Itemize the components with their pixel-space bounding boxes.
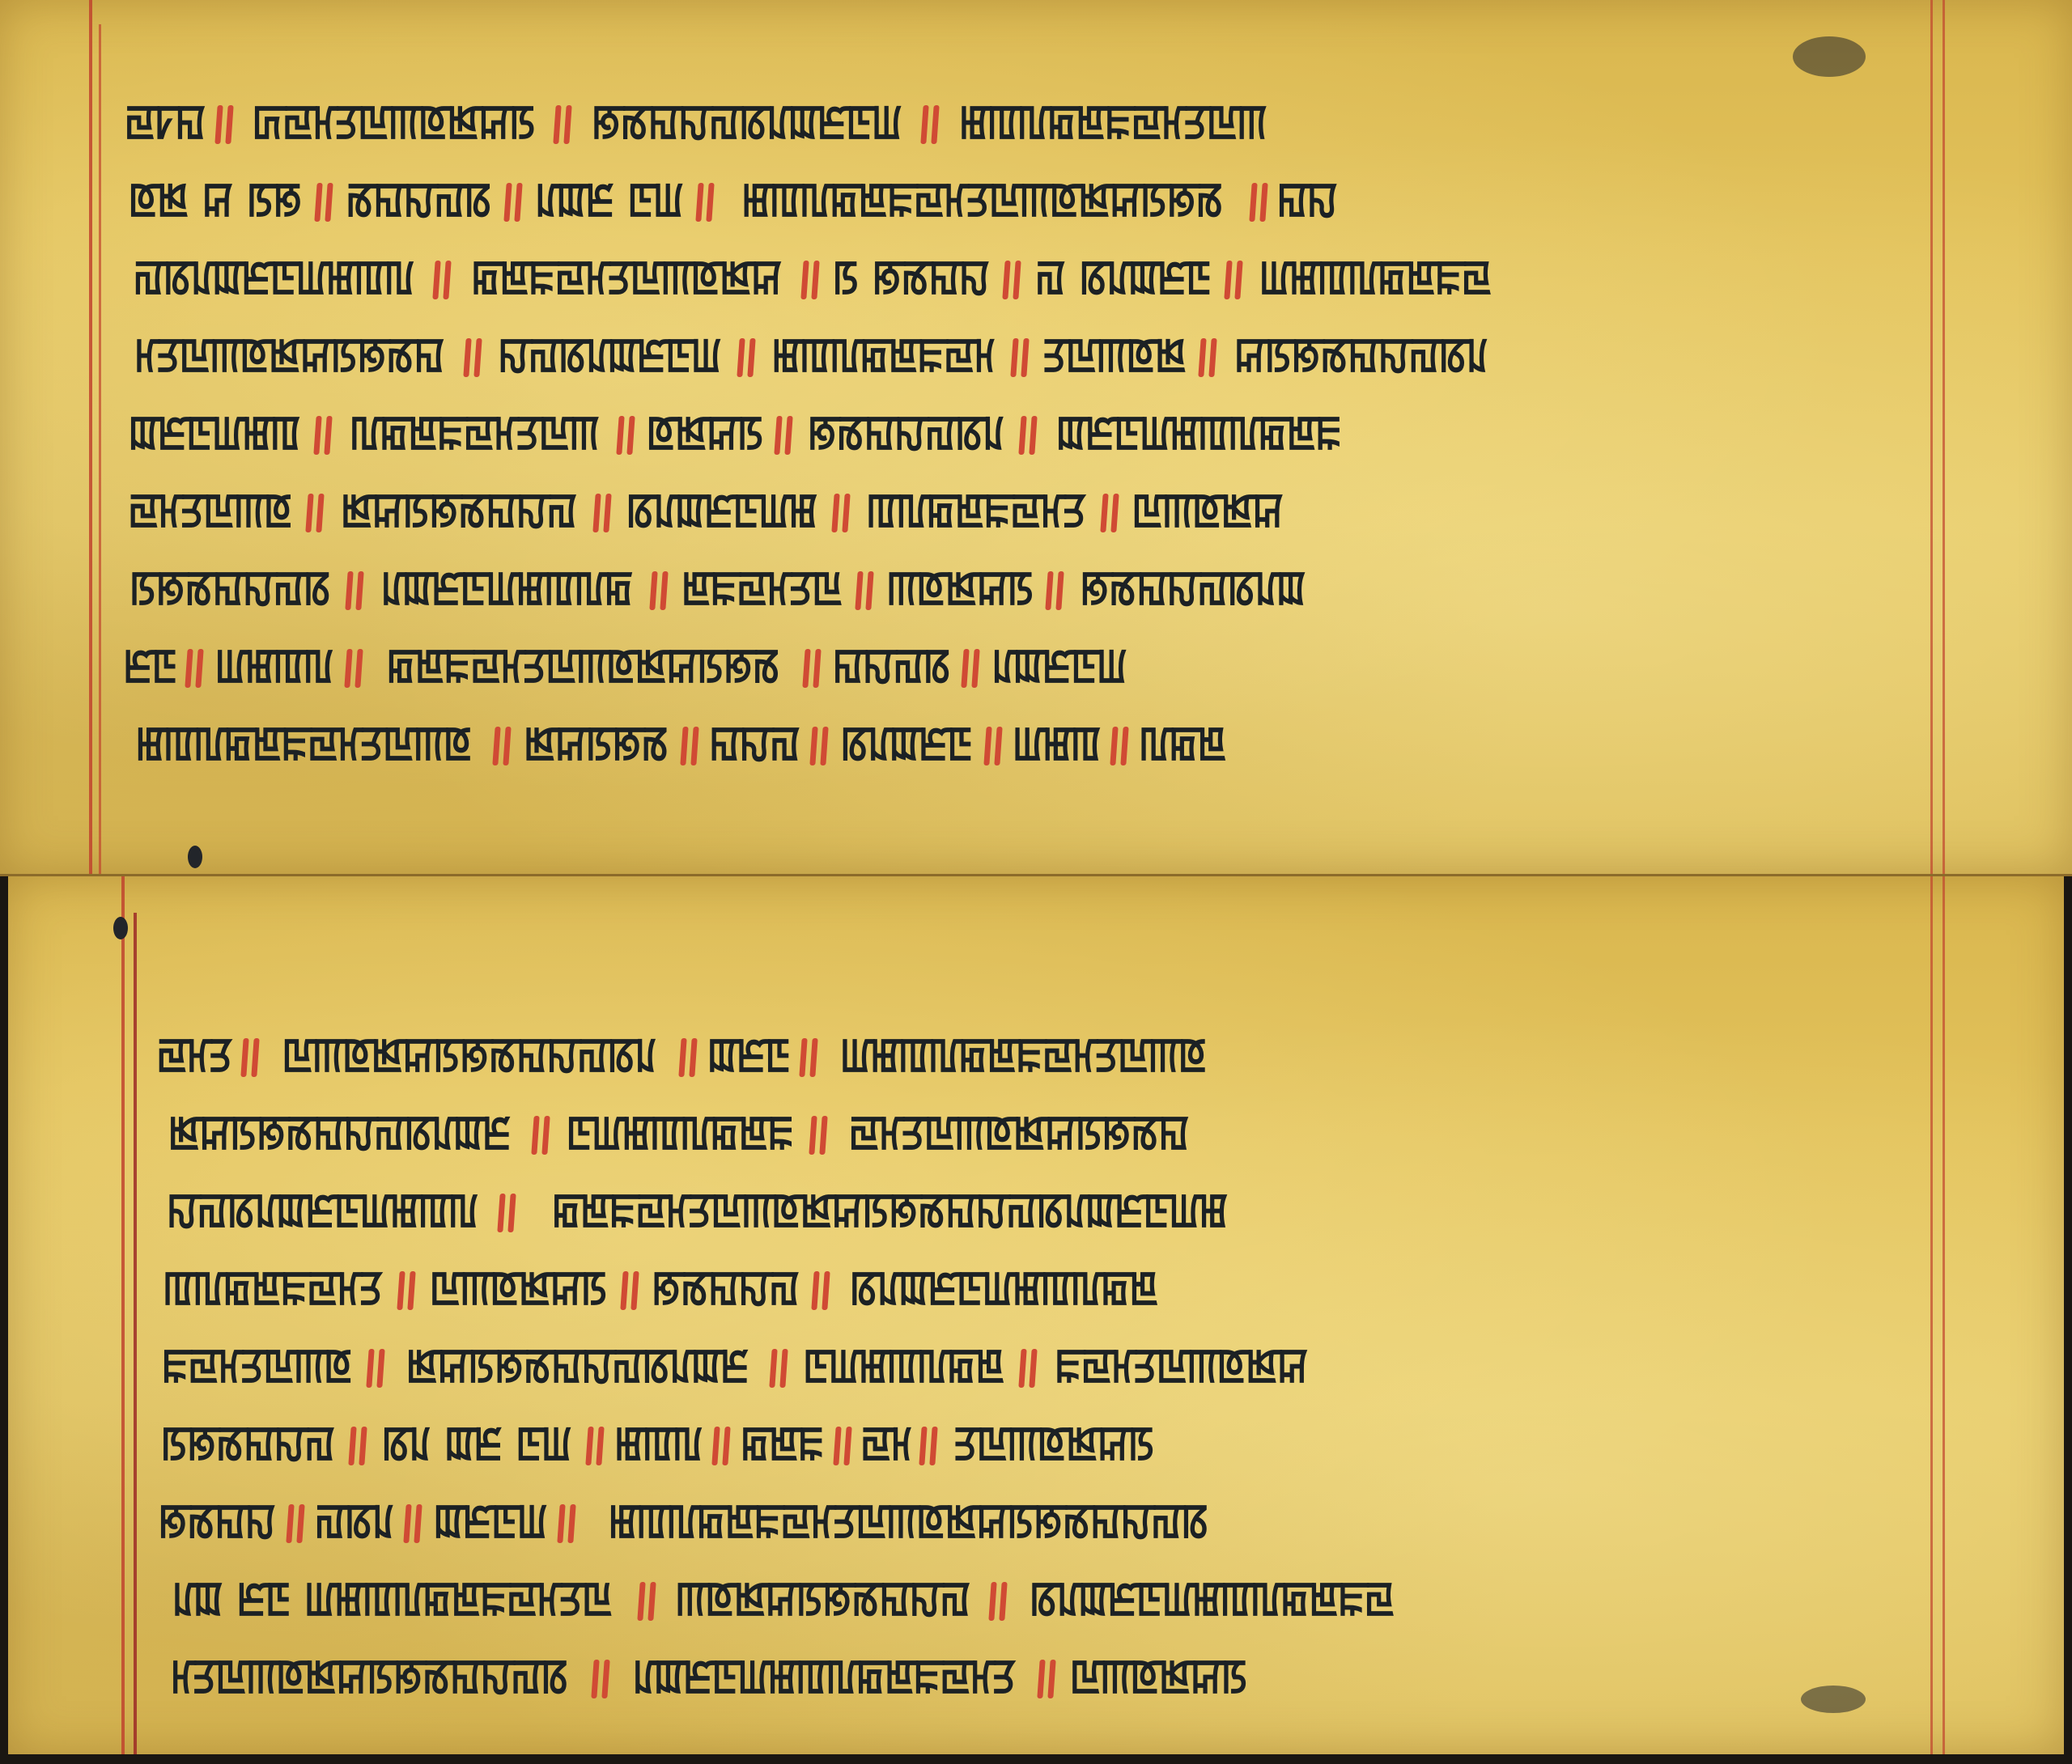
manuscript-line: ꡙꡘꡗꡖꡕꡔꡓꡒꡑꡐꡏꡎꡍꡌꡋꡊꡉꡈꡇꡆꡅꡄꡃꡂꡁꡀꡙꡘꡗꡖꡕꡔꡓꡒ	[121, 486, 1926, 534]
script-segment: ꡙꡘ	[860, 1418, 911, 1467]
script-segment: ꡃꡂꡁ	[1140, 719, 1227, 767]
left-margin-rule-inner	[134, 913, 137, 1754]
script-segment: ꡐꡏꡎꡍꡌꡋꡊ	[809, 408, 1005, 456]
double-danda-mark	[1110, 723, 1131, 767]
script-segment: ꡊꡉꡈ ꡇꡆ	[536, 175, 684, 223]
double-danda-mark	[1249, 180, 1270, 223]
script-segment: ꡎꡍ	[1277, 175, 1338, 223]
script-segment: ꡊꡉ ꡈꡇ ꡆꡅꡄꡃꡂꡁꡀꡙꡘꡗꡖ	[173, 1574, 613, 1622]
double-danda-mark	[620, 1268, 641, 1312]
script-segment: ꡅꡄꡃꡂꡁꡀꡙꡘꡗꡖꡕ	[960, 97, 1268, 146]
script-segment: ꡋꡊꡉꡈꡇꡆꡅꡄꡃꡂꡁꡀꡙ	[1030, 1574, 1395, 1622]
double-danda-mark	[831, 490, 852, 534]
double-danda-mark	[557, 1501, 578, 1545]
manuscript-line: ꡙꡘꡗꡖꡕꡔꡓꡒꡑꡐꡏꡎꡍꡌꡋꡊꡉꡈꡇꡆꡅꡄꡃꡂꡁꡀꡙꡘꡗꡖꡕꡔ	[154, 1030, 1934, 1079]
script-segment: ꡓꡒꡑꡐꡏꡎꡍꡌꡋꡊꡉꡈ	[406, 1341, 749, 1389]
script-segment: ꡙꡠꡎ	[125, 97, 206, 146]
script-segment: ꡎꡍꡌꡋ	[833, 641, 951, 689]
manuscript-line: ꡑꡐꡏꡎꡍꡌꡋꡊ ꡉꡈ ꡇꡆꡅꡄꡃꡂꡁꡀꡙꡘꡗꡖꡕꡔꡓꡒꡑ	[154, 1418, 1934, 1467]
script-segment: ꡖꡕꡔꡓꡒꡑꡐꡏꡎꡍꡌꡋꡊ	[282, 1030, 656, 1079]
script-segment: ꡇꡆꡅꡄꡃꡂꡁꡀ	[567, 1108, 793, 1156]
manuscript-line: ꡘꡗꡖꡕꡔꡓꡒꡑꡐꡏꡎꡍꡌꡋꡊꡉꡈꡇꡆꡅꡄꡃꡂꡁꡀꡙꡘꡗꡖꡕꡔꡓꡒꡑ	[154, 1652, 1934, 1700]
script-segment: ꡐꡏꡎꡍꡌꡋꡊꡉꡈꡇꡆ	[592, 97, 902, 146]
script-segment: ꡙꡘꡗꡖꡕꡔꡓꡒꡑꡐꡏꡎ	[849, 1108, 1189, 1156]
script-segment: ꡌ ꡋꡊꡉꡈꡇ	[1035, 252, 1212, 301]
double-danda-mark	[531, 1113, 552, 1156]
script-segment: ꡉꡈꡇ	[707, 1030, 791, 1079]
double-danda-mark	[1198, 335, 1219, 379]
manuscript-line: ꡈꡇꡆꡅꡄꡃꡂꡁꡀꡙꡘꡗꡖꡕꡔꡓꡒꡑꡐꡏꡎꡍꡌꡋꡊꡉꡈꡇꡆ	[121, 641, 1926, 689]
right-margin-rule-outer	[1942, 0, 1945, 874]
script-segment: ꡚꡙꡘꡗꡖꡕꡔꡓꡒꡑ	[253, 97, 535, 146]
script-segment: ꡕꡔꡓꡒꡑꡐꡏꡎꡍꡌ	[676, 1574, 971, 1622]
double-danda-mark	[616, 413, 637, 456]
double-danda-mark	[774, 413, 795, 456]
script-segment: ꡑ ꡐꡏꡎꡍ	[833, 252, 990, 301]
double-danda-mark	[811, 1268, 832, 1312]
double-danda-mark	[348, 1423, 369, 1467]
script-segment: ꡅꡄꡃꡂꡁꡀꡙꡘꡗꡖꡕꡔ	[136, 719, 473, 767]
binding-hole	[113, 917, 128, 939]
double-danda-mark	[432, 257, 453, 301]
script-segment: ꡆꡅꡄ	[1013, 719, 1101, 767]
binding-hole	[188, 846, 202, 868]
script-segment: ꡔꡓ ꡒ ꡑꡐ	[129, 175, 302, 223]
double-danda-mark	[800, 257, 822, 301]
script-segment: ꡅꡄꡃꡂꡁꡀꡙꡘꡗꡖꡕꡔꡓꡒꡑꡐꡏꡎꡍꡌꡋ	[609, 1496, 1209, 1545]
double-danda-mark	[637, 1579, 658, 1622]
double-danda-mark	[1018, 413, 1039, 456]
script-segment: ꡒꡑꡐꡏꡎꡍꡌꡋꡊ	[1235, 330, 1488, 379]
double-danda-mark	[497, 1190, 518, 1234]
left-margin-rule-inner	[99, 24, 101, 874]
manuscript-line: ꡍꡌꡋꡊꡉꡈꡇꡆꡅꡄꡃꡂꡁꡀꡙꡘꡗꡖꡕꡔꡓꡒꡑꡐꡏꡎꡍꡌꡋꡊꡉꡈꡇꡆꡅ	[154, 1185, 1934, 1234]
manuscript-line: ꡐꡏꡎꡍꡌꡋꡊꡉꡈꡇꡆꡅꡄꡃꡂꡁꡀꡙꡘꡗꡖꡕꡔꡓꡒꡑꡐꡏꡎꡍꡌꡋ	[154, 1496, 1934, 1545]
double-danda-mark	[1002, 257, 1023, 301]
double-danda-mark	[314, 180, 335, 223]
script-segment: ꡘꡗꡖꡕꡔꡓꡒꡑꡐꡏꡎꡍꡌꡋ	[171, 1652, 568, 1700]
script-segment: ꡆꡅꡄꡃꡂꡁꡀꡙ	[1260, 252, 1492, 301]
background-edge	[0, 1754, 2072, 1764]
double-danda-mark	[592, 490, 614, 534]
double-danda-mark	[185, 646, 206, 689]
script-segment: ꡘꡗꡖꡕꡔꡓꡒꡑꡐꡏꡎ	[135, 330, 445, 379]
script-segment: ꡙꡘꡗ	[157, 1030, 232, 1079]
script-segment: ꡂꡁꡀꡙꡘꡗꡖꡕꡔꡓꡒꡑꡐꡏꡎꡍꡌꡋꡊꡉꡈꡇꡆꡅ	[553, 1185, 1229, 1234]
double-danda-mark	[678, 1035, 699, 1079]
double-danda-mark	[799, 1035, 820, 1079]
ink-stain	[1793, 36, 1866, 77]
double-danda-mark	[983, 723, 1004, 767]
double-danda-mark	[553, 102, 574, 146]
manuscript-line: ꡙꡠꡎꡚꡙꡘꡗꡖꡕꡔꡓꡒꡑꡐꡏꡎꡍꡌꡋꡊꡉꡈꡇꡆꡅꡄꡃꡂꡁꡀꡙꡘꡗꡖꡕ	[121, 97, 1926, 146]
script-segment: ꡏꡎꡍꡌꡋ	[346, 175, 492, 223]
double-danda-mark	[345, 568, 366, 612]
manuscript-line: ꡉꡈꡇꡆꡅꡄꡃꡂꡁꡀꡙꡘꡗꡖꡕꡔꡓꡒꡑꡐꡏꡎꡍꡌꡋꡊꡉꡈꡇꡆꡅꡄꡃꡂꡁꡀ	[121, 408, 1926, 456]
script-segment: ꡑꡐꡏꡎꡍꡌꡋ	[130, 563, 331, 612]
script-segment: ꡁꡀꡙꡘꡗꡖ	[682, 563, 843, 612]
double-danda-mark	[919, 1423, 940, 1467]
manuscript-line: ꡄꡃꡂꡁꡀꡙꡘꡗꡖꡕꡔꡓꡒꡑꡐꡏꡎꡍꡌꡋꡊꡉꡈꡇꡆꡅꡄꡃꡂꡁ	[154, 1263, 1934, 1312]
script-segment: ꡍꡌꡋꡊꡉꡈꡇꡆ	[499, 330, 722, 379]
double-danda-mark	[711, 1423, 732, 1467]
double-danda-mark	[988, 1579, 1009, 1622]
script-segment: ꡂꡁꡀꡙꡘꡗꡖꡕꡔꡓꡒ	[471, 252, 782, 301]
script-segment: ꡉꡈꡇꡆꡅꡄꡃꡂꡁꡀ	[1056, 408, 1341, 456]
script-segment: ꡙꡘꡗꡖꡕꡔ	[129, 486, 293, 534]
script-segment: ꡋꡊ ꡉꡈ ꡇꡆ	[382, 1418, 572, 1467]
script-segment: ꡇꡆꡅꡄꡃꡂꡁ	[804, 1341, 1005, 1389]
script-segment: ꡄꡃꡂꡁꡀꡙꡘꡗ	[866, 486, 1085, 534]
manuscript-line: ꡑꡐꡏꡎꡍꡌꡋꡊꡉꡈꡇꡆꡅꡄꡃꡂꡁꡀꡙꡘꡗꡖꡕꡔꡓꡒꡑꡐꡏꡎꡍꡌꡋꡊꡉ	[121, 563, 1926, 612]
double-danda-mark	[737, 335, 758, 379]
script-segment: ꡐꡏꡎꡍꡌꡋꡊꡉ	[1081, 563, 1306, 612]
double-danda-mark	[214, 102, 236, 146]
script-segment: ꡓꡒꡑꡐꡏ	[524, 719, 669, 767]
script-segment: ꡐꡏꡎꡍ	[159, 1496, 276, 1545]
double-danda-mark	[920, 102, 941, 146]
script-segment: ꡑꡐꡏꡎꡍꡌ	[161, 1418, 335, 1467]
script-segment: ꡋꡊꡉꡈꡇꡆꡅ	[626, 486, 817, 534]
double-danda-mark	[769, 1346, 790, 1389]
double-danda-mark	[1045, 568, 1066, 612]
script-segment: ꡉꡈꡇꡆꡅꡄ	[129, 408, 300, 456]
script-segment: ꡊꡉꡈꡇꡆꡅꡄꡃꡂꡁꡀꡙꡘꡗ	[633, 1652, 1015, 1700]
script-segment: ꡆꡅꡄꡃꡂꡁꡀꡙꡘꡗꡖꡕꡔ	[841, 1030, 1208, 1079]
script-segment: ꡊꡉꡈꡇꡆ	[992, 641, 1127, 689]
script-segment: ꡀꡙꡘꡗꡖꡕꡔ	[162, 1341, 353, 1389]
script-segment: ꡄꡃꡂꡁꡀꡙꡘꡗ	[163, 1263, 383, 1312]
manuscript-line: ꡓꡒꡑꡐꡏꡎꡍꡌꡋꡊꡉꡈꡇꡆꡅꡄꡃꡂꡁꡀꡙꡘꡗꡖꡕꡔꡓꡒꡑꡐꡏꡎ	[154, 1108, 1934, 1156]
double-danda-mark	[1037, 1656, 1058, 1700]
double-danda-mark	[1018, 1346, 1039, 1389]
double-danda-mark	[313, 413, 334, 456]
script-segment: ꡅꡄꡃꡂꡁꡀꡙꡘ	[772, 330, 996, 379]
double-danda-mark	[397, 1268, 418, 1312]
double-danda-mark	[463, 335, 484, 379]
script-segment: ꡓꡒꡑꡐꡏꡎꡍꡌ	[341, 486, 577, 534]
script-segment: ꡖꡕꡔꡓꡒ	[1132, 486, 1284, 534]
script-segment: ꡌꡋꡊꡉꡈꡇꡆꡅꡄꡃ	[134, 252, 414, 301]
script-segment: ꡗꡖꡕꡔꡓ	[1042, 330, 1187, 379]
double-danda-mark	[802, 646, 823, 689]
manuscript-line: ꡔꡓ ꡒ ꡑꡐꡏꡎꡍꡌꡋꡊꡉꡈ ꡇꡆꡅꡄꡃꡂꡁꡀꡙꡘꡗꡖꡕꡔꡓꡒꡑꡐꡏꡎꡍ	[121, 175, 1926, 223]
right-margin-rule-outer	[1942, 876, 1945, 1754]
double-danda-mark	[680, 723, 701, 767]
script-segment: ꡐꡏꡎꡍꡌ	[652, 1263, 800, 1312]
script-segment: ꡌꡋꡊ	[316, 1496, 395, 1545]
manuscript-line: ꡘꡗꡖꡕꡔꡓꡒꡑꡐꡏꡎꡍꡌꡋꡊꡉꡈꡇꡆꡅꡄꡃꡂꡁꡀꡙꡘꡗꡖꡕꡔꡓꡒꡑꡐꡏꡎꡍꡌꡋ…	[121, 330, 1926, 379]
script-segment: ꡍꡌꡋꡊꡉꡈꡇꡆꡅꡄꡃ	[168, 1185, 479, 1234]
script-segment: ꡋꡊꡉꡈꡇꡆꡅꡄꡃꡂꡁ	[851, 1263, 1159, 1312]
script-segment: ꡆꡅꡄꡃ	[216, 641, 334, 689]
double-danda-mark	[585, 1423, 606, 1467]
left-margin-rule-outer	[89, 0, 92, 874]
double-danda-mark	[809, 1113, 830, 1156]
double-danda-mark	[855, 568, 876, 612]
double-danda-mark	[344, 646, 365, 689]
script-segment: ꡖꡕꡔꡓꡒꡑ	[1071, 1652, 1248, 1700]
double-danda-mark	[403, 1501, 424, 1545]
manuscript-line: ꡀꡙꡘꡗꡖꡕꡔꡓꡒꡑꡐꡏꡎꡍꡌꡋꡊꡉꡈꡇꡆꡅꡄꡃꡂꡁꡀꡙꡘꡗꡖꡕꡔꡓꡒ	[154, 1341, 1934, 1389]
script-segment: ꡃꡂꡁꡀꡙꡘꡗꡖꡕ	[350, 408, 601, 456]
double-danda-mark	[961, 646, 982, 689]
manuscript-line: ꡌꡋꡊꡉꡈꡇꡆꡅꡄꡃꡂꡁꡀꡙꡘꡗꡖꡕꡔꡓꡒꡑ ꡐꡏꡎꡍꡌ ꡋꡊꡉꡈꡇꡆꡅꡄꡃꡂꡁ…	[121, 252, 1926, 301]
double-danda-mark	[1224, 257, 1245, 301]
script-segment: ꡋꡊꡉꡈꡇ	[841, 719, 973, 767]
script-segment: ꡅꡄꡃ	[614, 1418, 703, 1467]
script-segment: ꡔꡓꡒꡑ	[647, 408, 764, 456]
double-danda-mark	[240, 1035, 261, 1079]
script-segment: ꡖꡕꡔꡓꡒꡑ	[431, 1263, 608, 1312]
double-danda-mark	[366, 1346, 387, 1389]
double-danda-mark	[1100, 490, 1121, 534]
script-segment: ꡎꡍꡌ	[710, 719, 800, 767]
double-danda-mark	[1010, 335, 1031, 379]
double-danda-mark	[286, 1501, 307, 1545]
double-danda-mark	[833, 1423, 854, 1467]
double-danda-mark	[591, 1656, 612, 1700]
right-margin-rule-inner	[1930, 0, 1933, 874]
script-segment: ꡕꡔꡓꡒꡑ	[887, 563, 1034, 612]
script-segment: ꡉꡈꡇꡆ	[434, 1496, 548, 1545]
manuscript-line: ꡅꡄꡃꡂꡁꡀꡙꡘꡗꡖꡕꡔꡓꡒꡑꡐꡏꡎꡍꡌꡋꡊꡉꡈꡇꡆꡅꡄꡃꡂꡁ	[121, 719, 1926, 767]
double-danda-mark	[695, 180, 716, 223]
left-margin-rule-outer	[121, 876, 125, 1754]
script-segment: ꡊꡉꡈꡇꡆꡅꡄꡃꡂ	[381, 563, 633, 612]
double-danda-mark	[492, 723, 513, 767]
script-segment: ꡂꡁꡀ	[741, 1418, 824, 1467]
script-segment: ꡂꡁꡀꡙꡘꡗꡖꡕꡔꡓꡒꡑꡐꡏ	[387, 641, 780, 689]
folio-bottom: ꡙꡘꡗꡖꡕꡔꡓꡒꡑꡐꡏꡎꡍꡌꡋꡊꡉꡈꡇꡆꡅꡄꡃꡂꡁꡀꡙꡘꡗꡖꡕꡔꡓꡒꡑꡐꡏꡎꡍꡌ…	[8, 876, 2064, 1754]
script-segment: ꡗꡖꡕꡔꡓꡒꡑ	[953, 1418, 1155, 1467]
folio-bottom-text: ꡙꡘꡗꡖꡕꡔꡓꡒꡑꡐꡏꡎꡍꡌꡋꡊꡉꡈꡇꡆꡅꡄꡃꡂꡁꡀꡙꡘꡗꡖꡕꡔꡓꡒꡑꡐꡏꡎꡍꡌ…	[154, 1030, 1934, 1726]
double-danda-mark	[809, 723, 830, 767]
script-segment: ꡓꡒꡑꡐꡏꡎꡍꡌꡋꡊꡉꡈ	[168, 1108, 511, 1156]
folio-top-text: ꡙꡠꡎꡚꡙꡘꡗꡖꡕꡔꡓꡒꡑꡐꡏꡎꡍꡌꡋꡊꡉꡈꡇꡆꡅꡄꡃꡂꡁꡀꡙꡘꡗꡖꡕꡔꡓ ꡒ …	[121, 97, 1926, 793]
script-segment: ꡀꡙꡘꡗꡖꡕꡔꡓꡒ	[1055, 1341, 1309, 1389]
double-danda-mark	[503, 180, 524, 223]
manuscript-line: ꡊꡉ ꡈꡇ ꡆꡅꡄꡃꡂꡁꡀꡙꡘꡗꡖꡕꡔꡓꡒꡑꡐꡏꡎꡍꡌꡋꡊꡉꡈꡇꡆꡅꡄꡃꡂꡁꡀꡙ	[154, 1574, 1934, 1622]
double-danda-mark	[649, 568, 670, 612]
script-segment: ꡈꡇ	[124, 641, 177, 689]
script-segment: ꡅꡄꡃꡂꡁꡀꡙꡘꡗꡖꡕꡔꡓꡒꡑꡐꡏ	[742, 175, 1224, 223]
folio-top: ꡙꡠꡎꡚꡙꡘꡗꡖꡕꡔꡓꡒꡑꡐꡏꡎꡍꡌꡋꡊꡉꡈꡇꡆꡅꡄꡃꡂꡁꡀꡙꡘꡗꡖꡕꡔꡓ ꡒ …	[0, 0, 2072, 876]
double-danda-mark	[305, 490, 326, 534]
